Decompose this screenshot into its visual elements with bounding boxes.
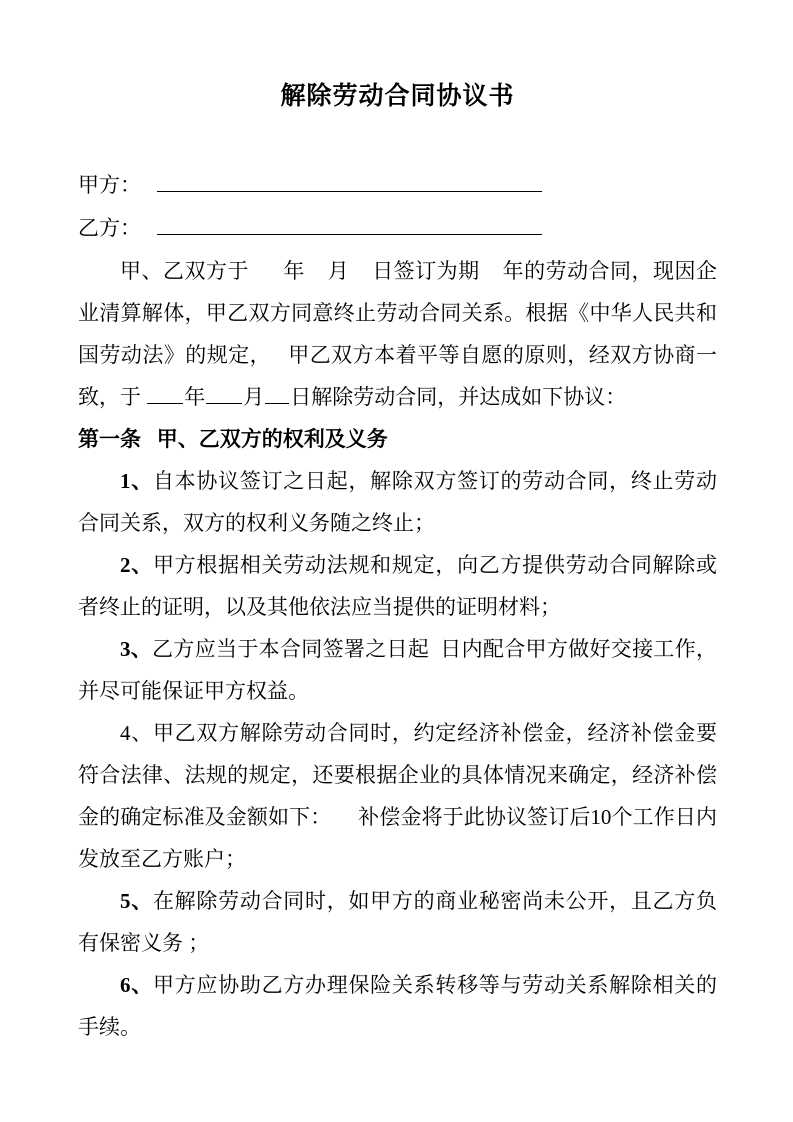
document-title: 解除劳动合同协议书: [78, 82, 717, 112]
clause-5-number: 5、: [120, 889, 153, 913]
clause-6-number: 6、: [120, 973, 153, 997]
party-section: 甲方： 乙方：: [78, 164, 717, 250]
clause-paragraph-4: 4、甲乙双方解除劳动合同时，约定经济补偿金，经济补偿金要符合法律、法规的规定，还…: [78, 712, 717, 880]
intro-paragraph: 甲、乙双方于 年 月 日签订为期 年的劳动合同，现因企业清算解体，甲乙双方同意终…: [78, 250, 717, 418]
year-label: 年: [184, 385, 205, 409]
day-blank-field[interactable]: [265, 383, 289, 404]
section-1-heading: 第一条 甲、乙双方的权利及义务: [78, 418, 717, 460]
clause-3-number: 3、: [120, 637, 152, 661]
clause-5-text: 在解除劳动合同时，如甲方的商业秘密尚未公开，且乙方负有保密义务 ；: [78, 889, 717, 955]
month-label: 月: [243, 385, 264, 409]
party-b-blank-field[interactable]: [157, 214, 542, 235]
clause-paragraph-3: 3、乙方应当于本合同签署之日起 日内配合甲方做好交接工作，并尽可能保证甲方权益。: [78, 628, 717, 712]
party-a-label: 甲方：: [78, 164, 141, 207]
clause-2-number: 2、: [120, 553, 153, 577]
clause-1-text: 自本协议签订之日起，解除双方签订的劳动合同，终止劳动合同关系，双方的权利义务随之…: [78, 469, 717, 535]
clause-4-text: 甲乙双方解除劳动合同时，约定经济补偿金，经济补偿金要符合法律、法规的规定，还要根…: [78, 721, 717, 871]
party-b-label: 乙方：: [78, 207, 141, 250]
party-b-row: 乙方：: [78, 207, 717, 250]
clause-1-number: 1、: [120, 469, 153, 493]
year-blank-field[interactable]: [147, 383, 183, 404]
party-a-row: 甲方：: [78, 164, 717, 207]
clause-paragraph-6: 6、甲方应协助乙方办理保险关系转移等与劳动关系解除相关的手续。: [78, 964, 717, 1048]
clause-3-text: 乙方应当于本合同签署之日起 日内配合甲方做好交接工作，并尽可能保证甲方权益。: [78, 637, 717, 703]
clause-2-text: 甲方根据相关劳动法规和规定，向乙方提供劳动合同解除或者终止的证明，以及其他依法应…: [78, 553, 717, 619]
month-blank-field[interactable]: [206, 383, 242, 404]
clause-4-number: 4、: [120, 721, 153, 745]
clause-paragraph-2: 2、甲方根据相关劳动法规和规定，向乙方提供劳动合同解除或者终止的证明，以及其他依…: [78, 544, 717, 628]
clause-paragraph-1: 1、自本协议签订之日起，解除双方签订的劳动合同，终止劳动合同关系，双方的权利义务…: [78, 460, 717, 544]
intro-text-2: 日解除劳动合同，并达成如下协议：: [290, 385, 626, 409]
document-body: 甲、乙双方于 年 月 日签订为期 年的劳动合同，现因企业清算解体，甲乙双方同意终…: [78, 250, 717, 1048]
party-a-blank-field[interactable]: [157, 171, 542, 192]
document-page: 解除劳动合同协议书 甲方： 乙方： 甲、乙双方于 年 月 日签订为期 年的劳动合…: [0, 0, 793, 1122]
clause-paragraph-5: 5、在解除劳动合同时，如甲方的商业秘密尚未公开，且乙方负有保密义务 ；: [78, 880, 717, 964]
clause-6-text: 甲方应协助乙方办理保险关系转移等与劳动关系解除相关的手续。: [78, 973, 717, 1039]
